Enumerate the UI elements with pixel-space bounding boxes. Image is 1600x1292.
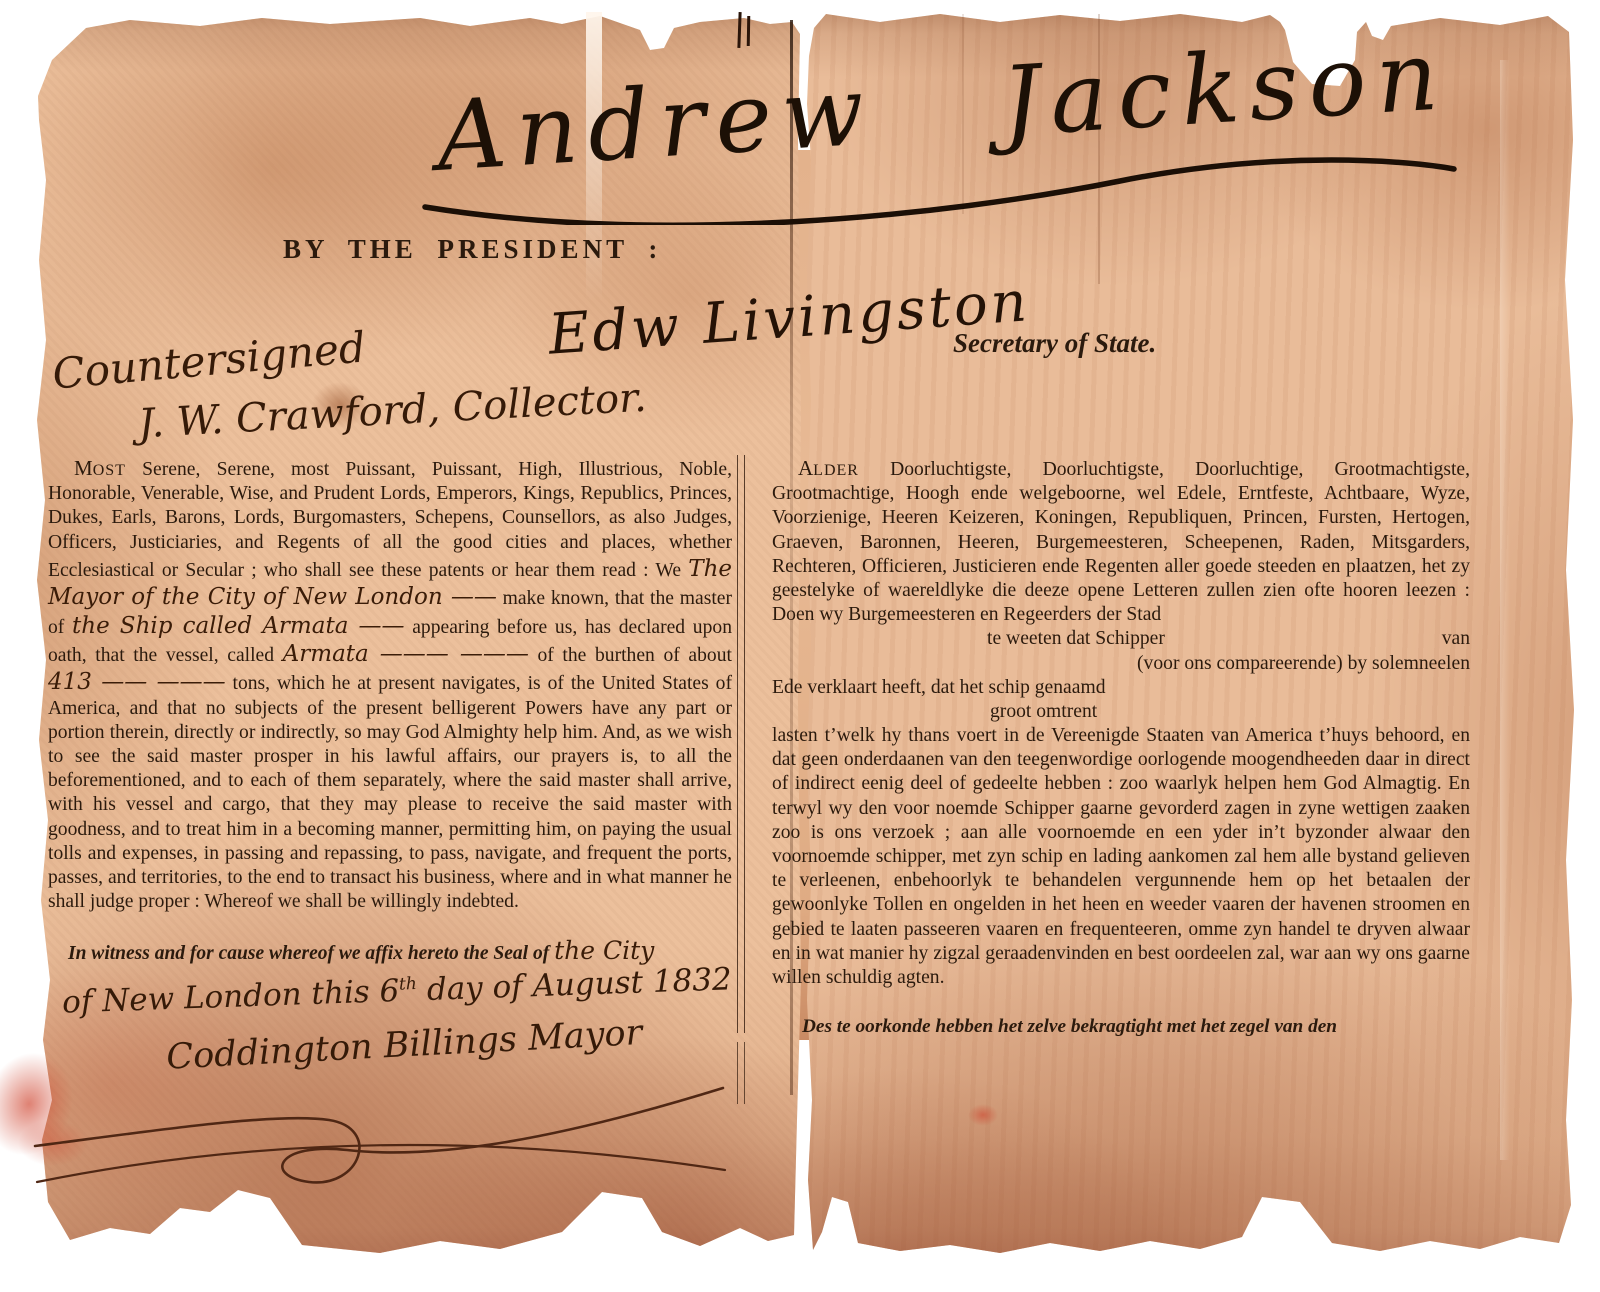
handwritten-vessel-name: Armata ——— ———	[283, 641, 529, 667]
dutch-body-paragraph: ALDER Doorluchtigste, Doorluchtigste, Do…	[772, 456, 1470, 627]
english-column: MOST Serene, Serene, most Puissant, Puis…	[48, 456, 732, 1063]
dutch-body-paragraph-2: lasten t’welk hy thans voert in de Veree…	[772, 724, 1470, 990]
dutch-lead-smallcaps: LDER	[813, 462, 859, 479]
date-ordinal-suffix: th	[399, 974, 418, 995]
by-the-president-heading: BY THE PRESIDENT :	[283, 234, 661, 265]
red-ink-smudge-3	[968, 1104, 998, 1126]
column-divider-rule-lower	[737, 1042, 745, 1104]
handwritten-ship-called-armata: the Ship called Armata ——	[72, 613, 405, 639]
document-photo: Andrew Jackson BY THE PRESIDENT : Edw Li…	[0, 0, 1600, 1292]
top-crease-tick-2	[747, 16, 751, 46]
schipper-label: te weeten dat Schipper	[987, 627, 1165, 651]
dutch-column: ALDER Doorluchtigste, Doorluchtigste, Do…	[772, 456, 1470, 1038]
date-text: of New London this 6	[62, 973, 400, 1021]
compareerende-line: (voor ons compareerende) by solemneelen	[772, 652, 1470, 676]
witness-print-text: In witness and for cause whereof we affi…	[68, 943, 554, 964]
van-label: van	[1442, 627, 1470, 651]
english-lead-initial: M	[74, 456, 93, 480]
dutch-lead-initial: A	[798, 456, 813, 480]
english-body-paragraph: MOST Serene, Serene, most Puissant, Puis…	[48, 456, 732, 914]
date-text-rest: day of August 1832	[416, 962, 732, 1009]
english-print-4: of the burthen of about	[529, 645, 732, 666]
handwritten-the-city: the City	[554, 936, 654, 965]
english-print-1: Serene, Serene, most Puissant, Puissant,…	[48, 459, 732, 581]
dutch-witness-clause: Des te oorkonde hebben het zelve bekragt…	[802, 1016, 1470, 1038]
schipper-blank-line: te weeten dat Schippervan	[772, 627, 1470, 651]
english-print-5: tons, which he at present navigates, is …	[48, 673, 732, 912]
dutch-print-1: Doorluchtigste, Doorluchtigste, Doorluch…	[772, 459, 1470, 625]
mayor-signature-flourish	[25, 1076, 735, 1194]
groot-omtrent-line: groot omtrent	[990, 700, 1470, 724]
english-lead-smallcaps: OST	[93, 462, 126, 479]
right-edge-highlight	[1500, 60, 1510, 1160]
ede-verklaart-line: Ede verklaart heeft, dat het schip genaa…	[772, 676, 1470, 700]
handwritten-tonnage: 413 —— ———	[48, 669, 226, 695]
handwritten-date-line: of New London this 6th day of August 183…	[62, 962, 733, 1021]
column-divider-rule	[737, 455, 745, 1033]
secretary-title: Secretary of State.	[953, 328, 1156, 359]
witness-clause: In witness and for cause whereof we affi…	[68, 936, 732, 965]
